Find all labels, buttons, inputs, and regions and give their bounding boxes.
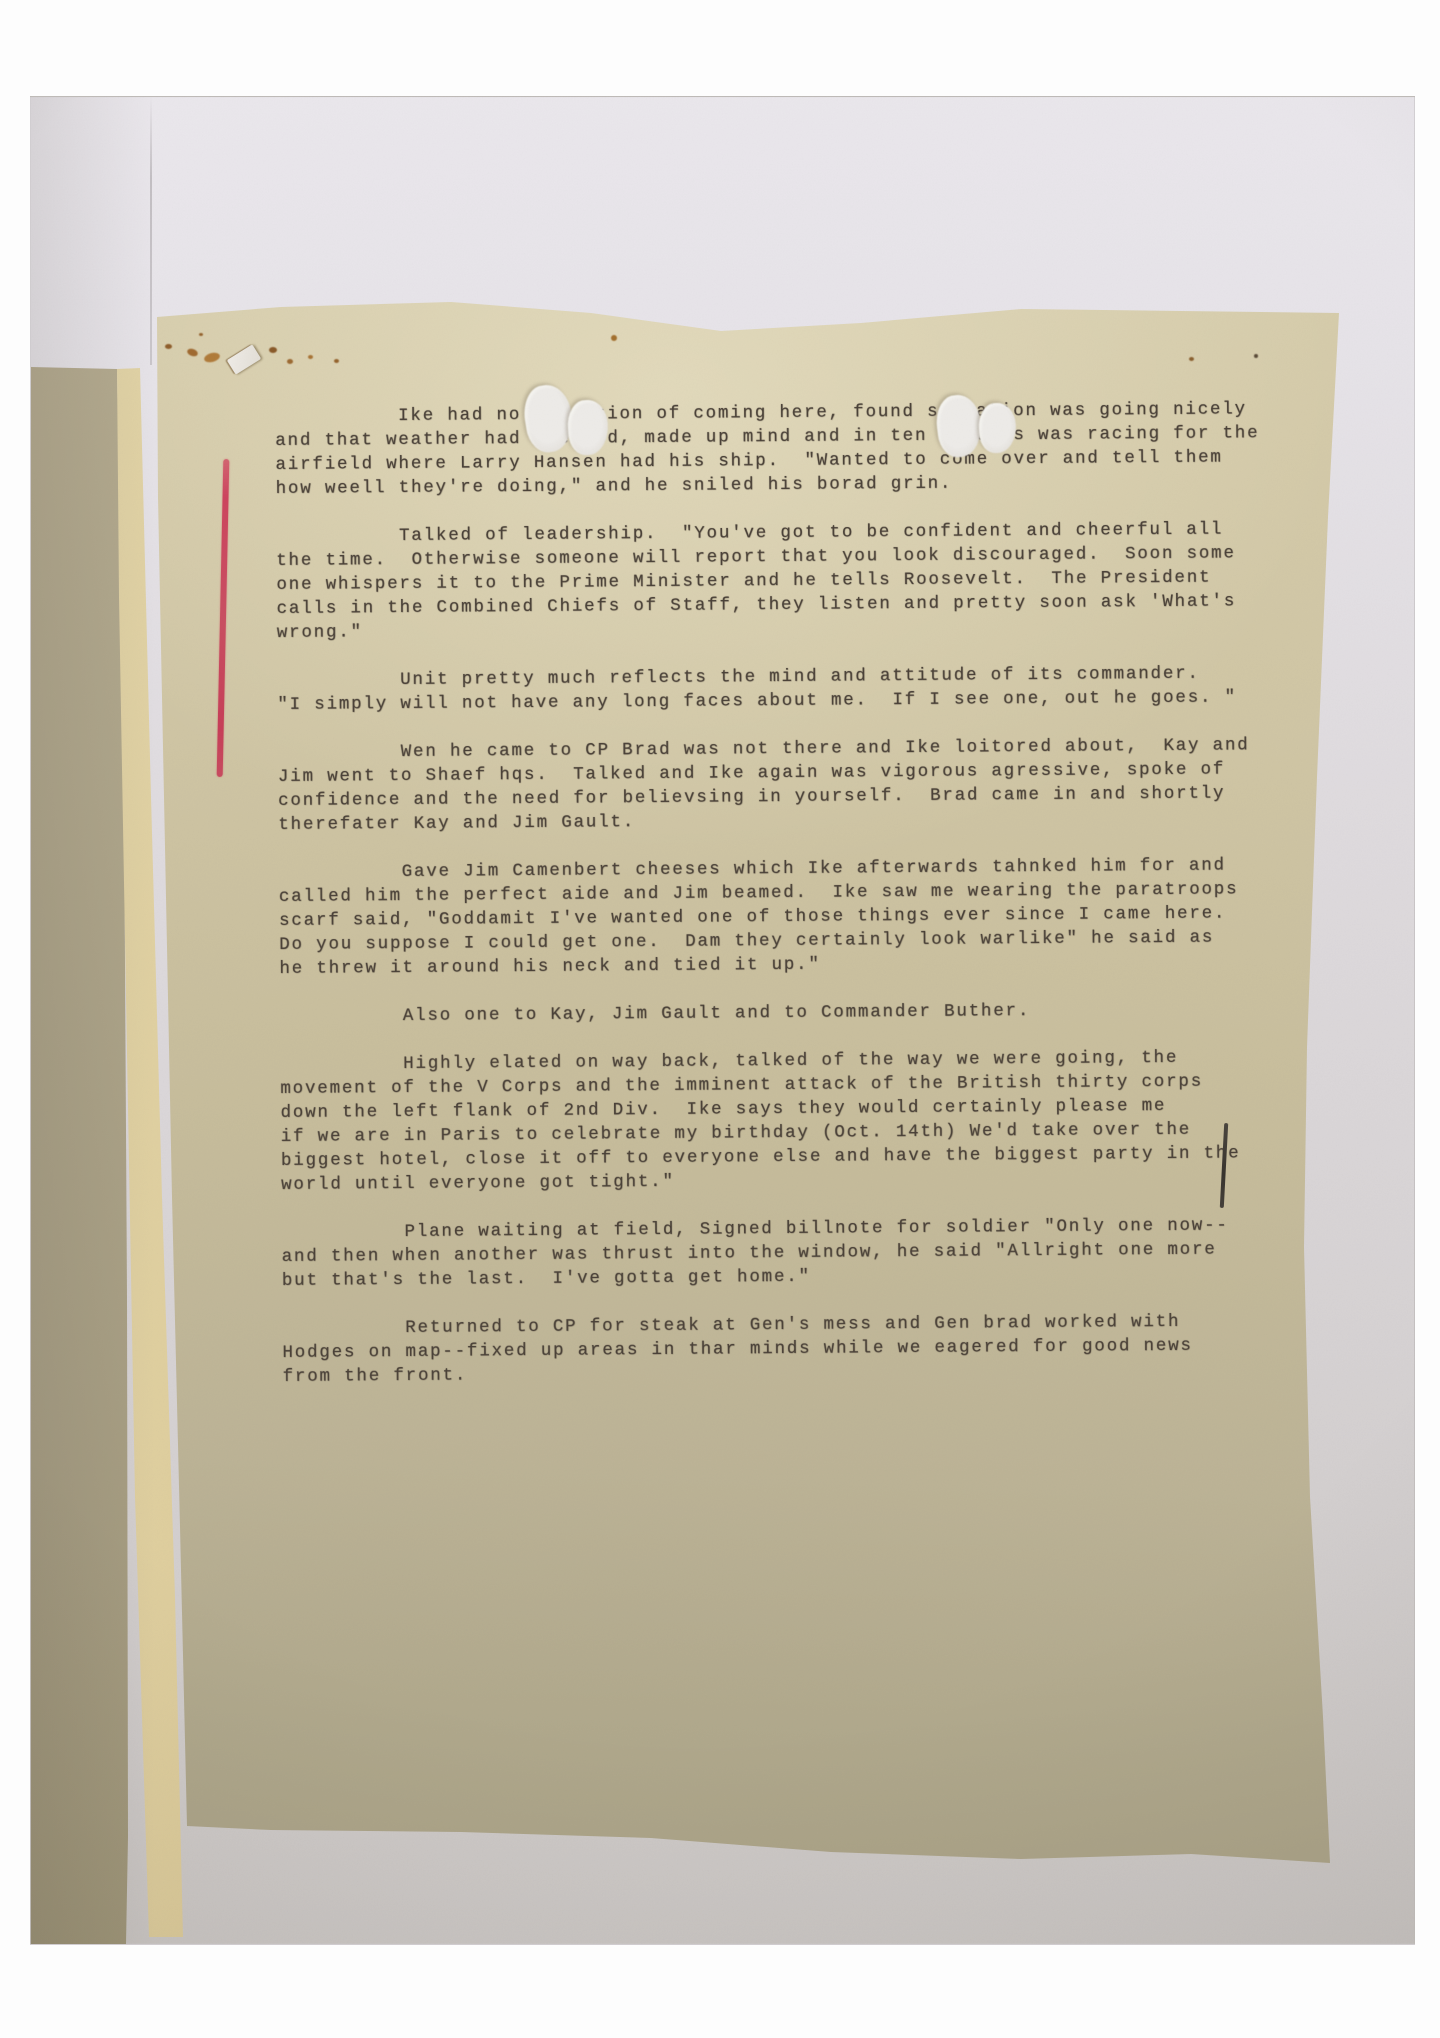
stain-speck [186,347,199,357]
paragraph: Plane waiting at field, Signed billnote … [281,1213,1342,1293]
typed-text: Ike had no intention of coming here, fou… [275,397,1343,1413]
paragraph: Talked of leadership. "You've got to be … [276,517,1337,645]
stain-speck [287,359,293,364]
stain-speck [334,359,339,363]
paper-chip [227,344,261,374]
backing-crease [150,97,152,365]
stain-speck [165,344,172,349]
document-page: Ike had no intention of coming here, fou… [31,97,1414,1944]
paragraph: Ike had no intention of coming here, fou… [275,397,1336,501]
stain-speck [203,351,221,364]
stain-speck [269,347,277,353]
paragraph: Wen he came to CP Brad was not there and… [278,733,1339,837]
stain-speck [308,355,313,359]
paragraph: Highly elated on way back, talked of the… [280,1045,1341,1197]
stain-speck [1189,357,1194,361]
paragraph: Gave Jim Camenbert cheeses which Ike aft… [279,853,1340,981]
typed-line: Also one to Kay, Jim Gault and to Comman… [280,997,1340,1029]
paragraph: Also one to Kay, Jim Gault and to Comman… [280,997,1340,1029]
stain-speck [611,335,617,341]
paragraph: Unit pretty much reflects the mind and a… [277,661,1337,717]
paragraph: Returned to CP for steak at Gen's mess a… [282,1309,1343,1389]
stain-speck [1254,354,1258,358]
red-margin-line [217,459,230,777]
photo-of-document: Ike had no intention of coming here, fou… [30,96,1415,1945]
stain-speck [199,333,203,336]
